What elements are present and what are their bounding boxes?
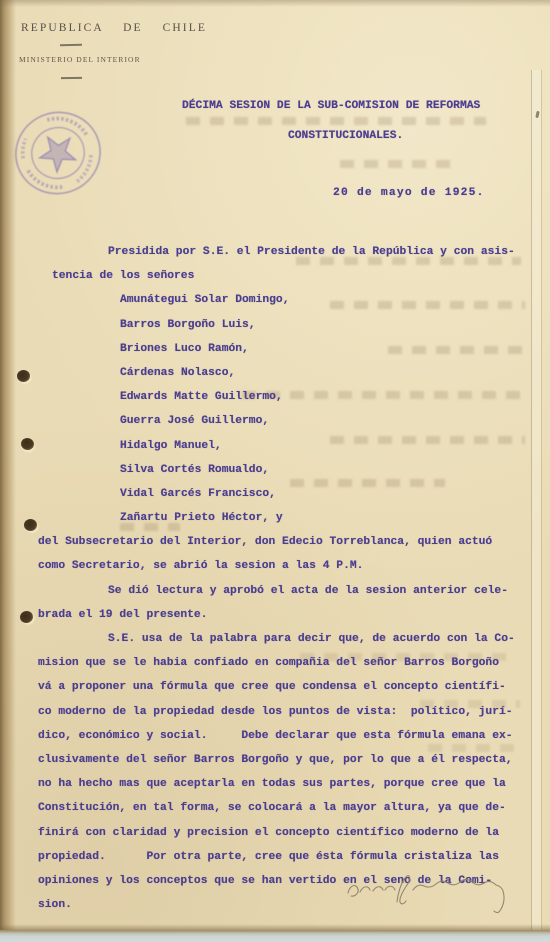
document-text-line: Cárdenas Nolasco,: [0, 361, 550, 385]
document-text-line: Vidal Garcés Francisco,: [0, 482, 550, 506]
letterhead-ministry: MINISTERIO DEL INTERIOR: [19, 55, 141, 64]
page-right-edge-line: [541, 70, 542, 930]
document-text-line: brada el 19 del presente.: [0, 603, 550, 627]
punch-hole: [17, 370, 30, 382]
page-right-edge-line: [531, 70, 532, 930]
page-left-edge: [0, 0, 16, 930]
document-text-line: Zañartu Prieto Héctor, y: [0, 506, 550, 530]
document-text-line: Edwards Matte Guillermo,: [0, 385, 550, 409]
document-text-line: Constitución, en tal forma, se colocará …: [0, 796, 550, 820]
scanned-document-page: REPUBLICA DE CHILE MINISTERIO DEL INTERI…: [0, 0, 550, 942]
document-text-line: finirá con claridad y precision el conce…: [0, 821, 550, 845]
document-text-line: Briones Luco Ramón,: [0, 337, 550, 361]
punch-hole: [24, 519, 37, 531]
document-text-line: mision que se le habia confiado en compa…: [0, 651, 550, 675]
document-text-line: Guerra José Guillermo,: [0, 409, 550, 433]
letterhead-rule: [61, 77, 82, 79]
page-right-edge: [532, 70, 541, 930]
document-text-line: dico, económico y social. Debe declarar …: [0, 724, 550, 748]
letterhead-rule: [60, 44, 82, 47]
document-title-line2: CONSTITUCIONALES.: [288, 130, 403, 142]
document-text-line: del Subsecretario del Interior, don Edec…: [0, 530, 550, 554]
document-text-line: Amunátegui Solar Domingo,: [0, 288, 550, 312]
document-text-line: como Secretario, se abrió la sesion a la…: [0, 554, 550, 578]
session-date: 20 de mayo de 1925.: [333, 187, 485, 199]
document-title-line1: DÉCIMA SESION DE LA SUB-COMISION DE REFO…: [182, 100, 480, 112]
star-icon: [35, 131, 79, 176]
document-body: Presidida por S.E. el Presidente de la R…: [0, 240, 550, 917]
bleedthrough-smudge: [340, 160, 450, 168]
bleedthrough-smudge: [186, 117, 486, 125]
document-text-line: vá a proponer una fórmula que cree que c…: [0, 675, 550, 699]
document-text-line: Hidalgo Manuel,: [0, 434, 550, 458]
document-text-line: S.E. usa de la palabra para decir que, d…: [0, 627, 550, 651]
document-text-line: tencia de los señores: [0, 264, 550, 288]
ministry-seal-stamp: [11, 106, 105, 200]
document-text-line: Se dió lectura y aprobó el acta de la se…: [0, 579, 550, 603]
document-text-line: co moderno de la propiedad desde los pun…: [0, 700, 550, 724]
document-text-line: Silva Cortés Romualdo,: [0, 458, 550, 482]
scan-background-strip: [0, 930, 550, 942]
document-text-line: Presidida por S.E. el Presidente de la R…: [0, 240, 550, 264]
document-text-line: no ha hecho mas que aceptarla en todas s…: [0, 772, 550, 796]
document-text-line: clusivamente del señor Barros Borgoño y …: [0, 748, 550, 772]
document-text-line: propiedad. Por otra parte, cree que ésta…: [0, 845, 550, 869]
page-top-edge: [0, 0, 550, 7]
document-text-line: Barros Borgoño Luis,: [0, 313, 550, 337]
handwritten-signature: [335, 868, 520, 928]
letterhead-country: REPUBLICA DE CHILE: [21, 22, 207, 34]
